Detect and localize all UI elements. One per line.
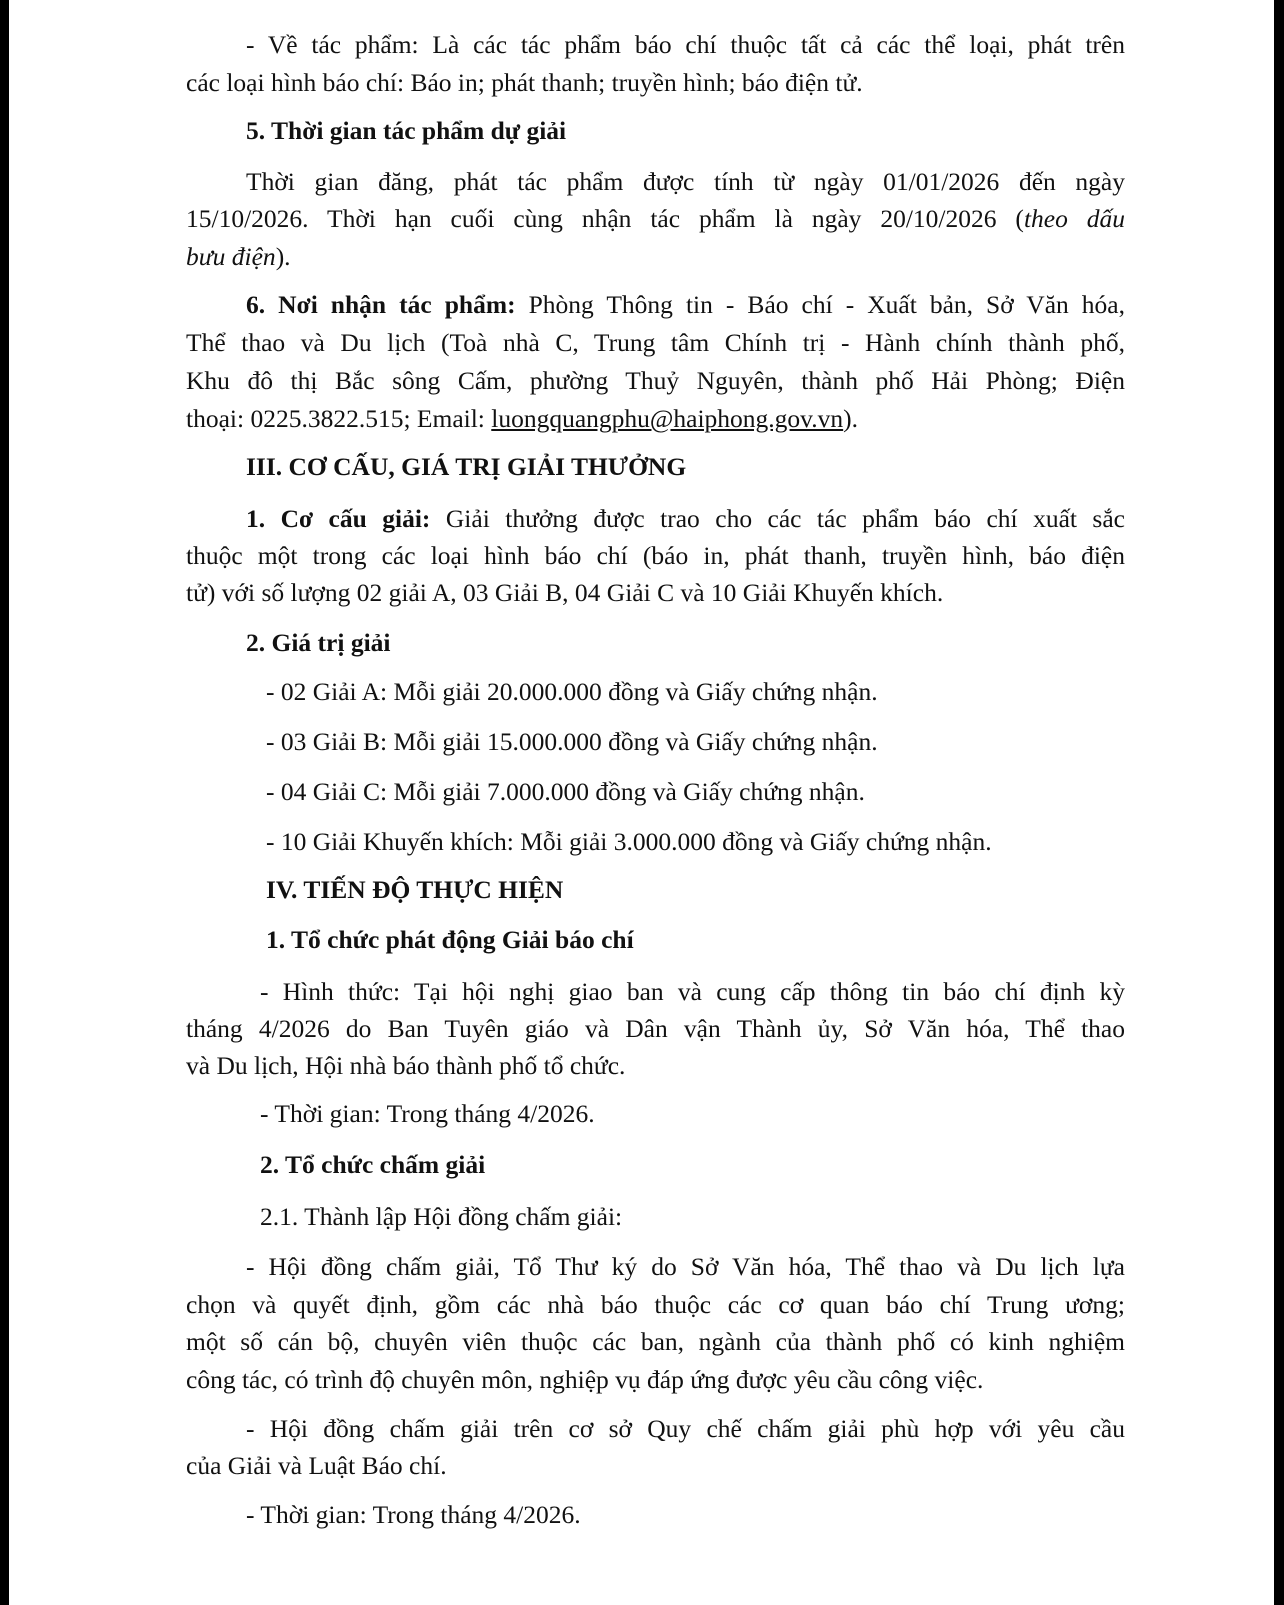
- paragraph-line: tháng 4/2026 do Ban Tuyên giáo và Dân vậ…: [186, 1014, 1125, 1044]
- italic-segment: bưu điện: [186, 242, 276, 271]
- paragraph-line: Thể thao và Du lịch (Toà nhà C, Trung tâ…: [186, 328, 1125, 358]
- paragraph-line: - Hội đồng chấm giải trên cơ sở Quy chế …: [246, 1414, 1125, 1444]
- text-segment: thoại: 0225.3822.515; Email:: [186, 404, 491, 433]
- subsection-heading: 2. Tổ chức chấm giải: [260, 1150, 1125, 1180]
- list-item: - 10 Giải Khuyến khích: Mỗi giải 3.000.0…: [266, 827, 1125, 857]
- paragraph-line: tử) với số lượng 02 giải A, 03 Giải B, 0…: [186, 578, 1125, 608]
- paragraph-line: - Thời gian: Trong tháng 4/2026.: [246, 1500, 1125, 1530]
- text-segment: ).: [276, 242, 291, 271]
- paragraph-line: Thời gian đăng, phát tác phẩm được tính …: [246, 167, 1125, 197]
- subsection-heading: 2. Giá trị giải: [246, 628, 1125, 658]
- email-link[interactable]: luongquangphu@haiphong.gov.vn: [491, 404, 843, 433]
- section-heading: III. CƠ CẤU, GIÁ TRỊ GIẢI THƯỞNG: [246, 452, 1125, 482]
- list-item: - 03 Giải B: Mỗi giải 15.000.000 đồng và…: [266, 727, 1125, 757]
- list-item: - 02 Giải A: Mỗi giải 20.000.000 đồng và…: [266, 677, 1125, 707]
- text-segment: Giải thưởng được trao cho các tác phẩm b…: [430, 504, 1125, 533]
- paragraph-line: 15/10/2026. Thời hạn cuối cùng nhận tác …: [186, 204, 1125, 234]
- document-page: - Về tác phẩm: Là các tác phẩm báo chí t…: [0, 0, 1284, 1605]
- paragraph-line: và Du lịch, Hội nhà báo thành phố tổ chứ…: [186, 1051, 1125, 1081]
- paragraph-line: các loại hình báo chí: Báo in; phát than…: [186, 68, 1125, 98]
- paragraph-line: - Hội đồng chấm giải, Tổ Thư ký do Sở Vă…: [246, 1252, 1125, 1282]
- section-heading: IV. TIẾN ĐỘ THỰC HIỆN: [266, 875, 1125, 905]
- inline-heading: 6. Nơi nhận tác phẩm:: [246, 290, 516, 319]
- paragraph-line: - Hình thức: Tại hội nghị giao ban và cu…: [260, 977, 1125, 1007]
- paragraph-line: 6. Nơi nhận tác phẩm: Phòng Thông tin - …: [246, 290, 1125, 320]
- text-segment: 15/10/2026. Thời hạn cuối cùng nhận tác …: [186, 204, 1024, 233]
- paragraph-line: Khu đô thị Bắc sông Cấm, phường Thuỷ Ngu…: [186, 366, 1125, 396]
- paragraph-line: thuộc một trong các loại hình báo chí (b…: [186, 541, 1125, 571]
- paragraph-line: - Thời gian: Trong tháng 4/2026.: [260, 1099, 1125, 1129]
- paragraph-line: - Về tác phẩm: Là các tác phẩm báo chí t…: [246, 30, 1125, 60]
- italic-segment: theo dấu: [1024, 204, 1125, 233]
- paragraph-line: công tác, có trình độ chuyên môn, nghiệp…: [186, 1365, 1125, 1395]
- paragraph-line: chọn và quyết định, gồm các nhà báo thuộ…: [186, 1290, 1125, 1320]
- subsubsection-heading: 2.1. Thành lập Hội đồng chấm giải:: [260, 1202, 1125, 1232]
- list-item: - 04 Giải C: Mỗi giải 7.000.000 đồng và …: [266, 777, 1125, 807]
- text-segment: Phòng Thông tin - Báo chí - Xuất bản, Sở…: [516, 290, 1125, 319]
- text-segment: ).: [843, 404, 858, 433]
- paragraph-line: thoại: 0225.3822.515; Email: luongquangp…: [186, 404, 1125, 434]
- paragraph-line: 1. Cơ cấu giải: Giải thưởng được trao ch…: [246, 504, 1125, 534]
- section-heading: 5. Thời gian tác phẩm dự giải: [246, 116, 1125, 146]
- subsection-heading: 1. Tổ chức phát động Giải báo chí: [266, 925, 1125, 955]
- paragraph-line: của Giải và Luật Báo chí.: [186, 1451, 1125, 1481]
- paragraph-line: một số cán bộ, chuyên viên thuộc các ban…: [186, 1327, 1125, 1357]
- inline-heading: 1. Cơ cấu giải:: [246, 504, 430, 533]
- paragraph-line: bưu điện).: [186, 242, 1125, 272]
